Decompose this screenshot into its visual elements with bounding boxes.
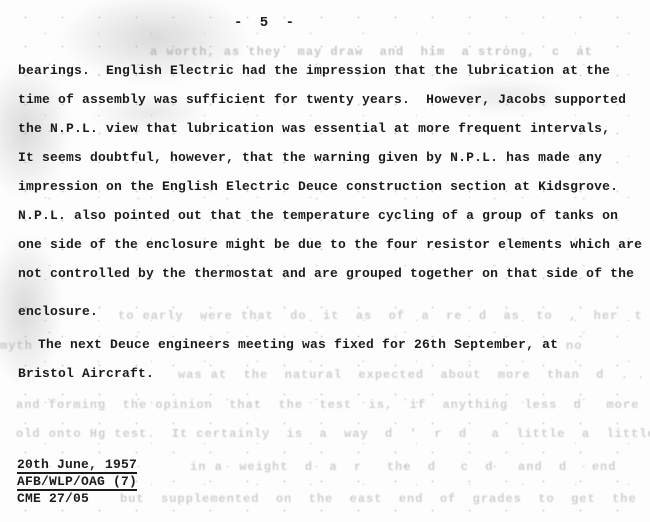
footer-file-reference: CME 27/05 <box>17 491 89 506</box>
bleedthrough-line: a worth, as they may draw and him a stro… <box>150 45 593 59</box>
bleedthrough-line: and forming the opinion that the test is… <box>16 398 650 412</box>
text-line: one side of the enclosure might be due t… <box>18 237 642 252</box>
bleedthrough-line: in a weight d a r the d c d and d end <box>190 460 616 474</box>
bleedthrough-line: no <box>566 339 582 353</box>
text-line: The next Deuce engineers meeting was fix… <box>38 337 558 352</box>
footer-reference: AFB/WLP/OAG (7) <box>17 474 137 491</box>
text-line: bearings. English Electric had the impre… <box>18 63 610 78</box>
text-line: Bristol Aircraft. <box>18 366 154 381</box>
text-line: time of assembly was sufficient for twen… <box>18 92 626 107</box>
footer-block: 20th June, 1957 AFB/WLP/OAG (7) CME 27/0… <box>17 457 137 506</box>
text-line: enclosure. <box>18 304 98 319</box>
bleedthrough-line: but supplemented on the east end of grad… <box>120 492 650 506</box>
text-line: not controlled by the thermostat and are… <box>18 266 634 281</box>
page-number: - 5 - <box>234 15 295 31</box>
bleedthrough-line: myth <box>0 339 33 353</box>
text-line: impression on the English Electric Deuce… <box>18 179 618 194</box>
text-line: N.P.L. also pointed out that the tempera… <box>18 208 618 223</box>
bleedthrough-line: old onto Hg test. It certainly is a way … <box>16 427 650 441</box>
bleedthrough-line: was at the natural expected about more t… <box>178 368 650 382</box>
text-line: the N.P.L. view that lubrication was ess… <box>18 121 610 136</box>
footer-date: 20th June, 1957 <box>17 457 137 474</box>
bleedthrough-line: to early were that do it as of a re d as… <box>118 309 650 323</box>
document-page: - 5 - a worth, as they may draw and him … <box>0 0 650 522</box>
scan-noise-texture <box>0 0 650 522</box>
text-line: It seems doubtful, however, that the war… <box>18 150 602 165</box>
